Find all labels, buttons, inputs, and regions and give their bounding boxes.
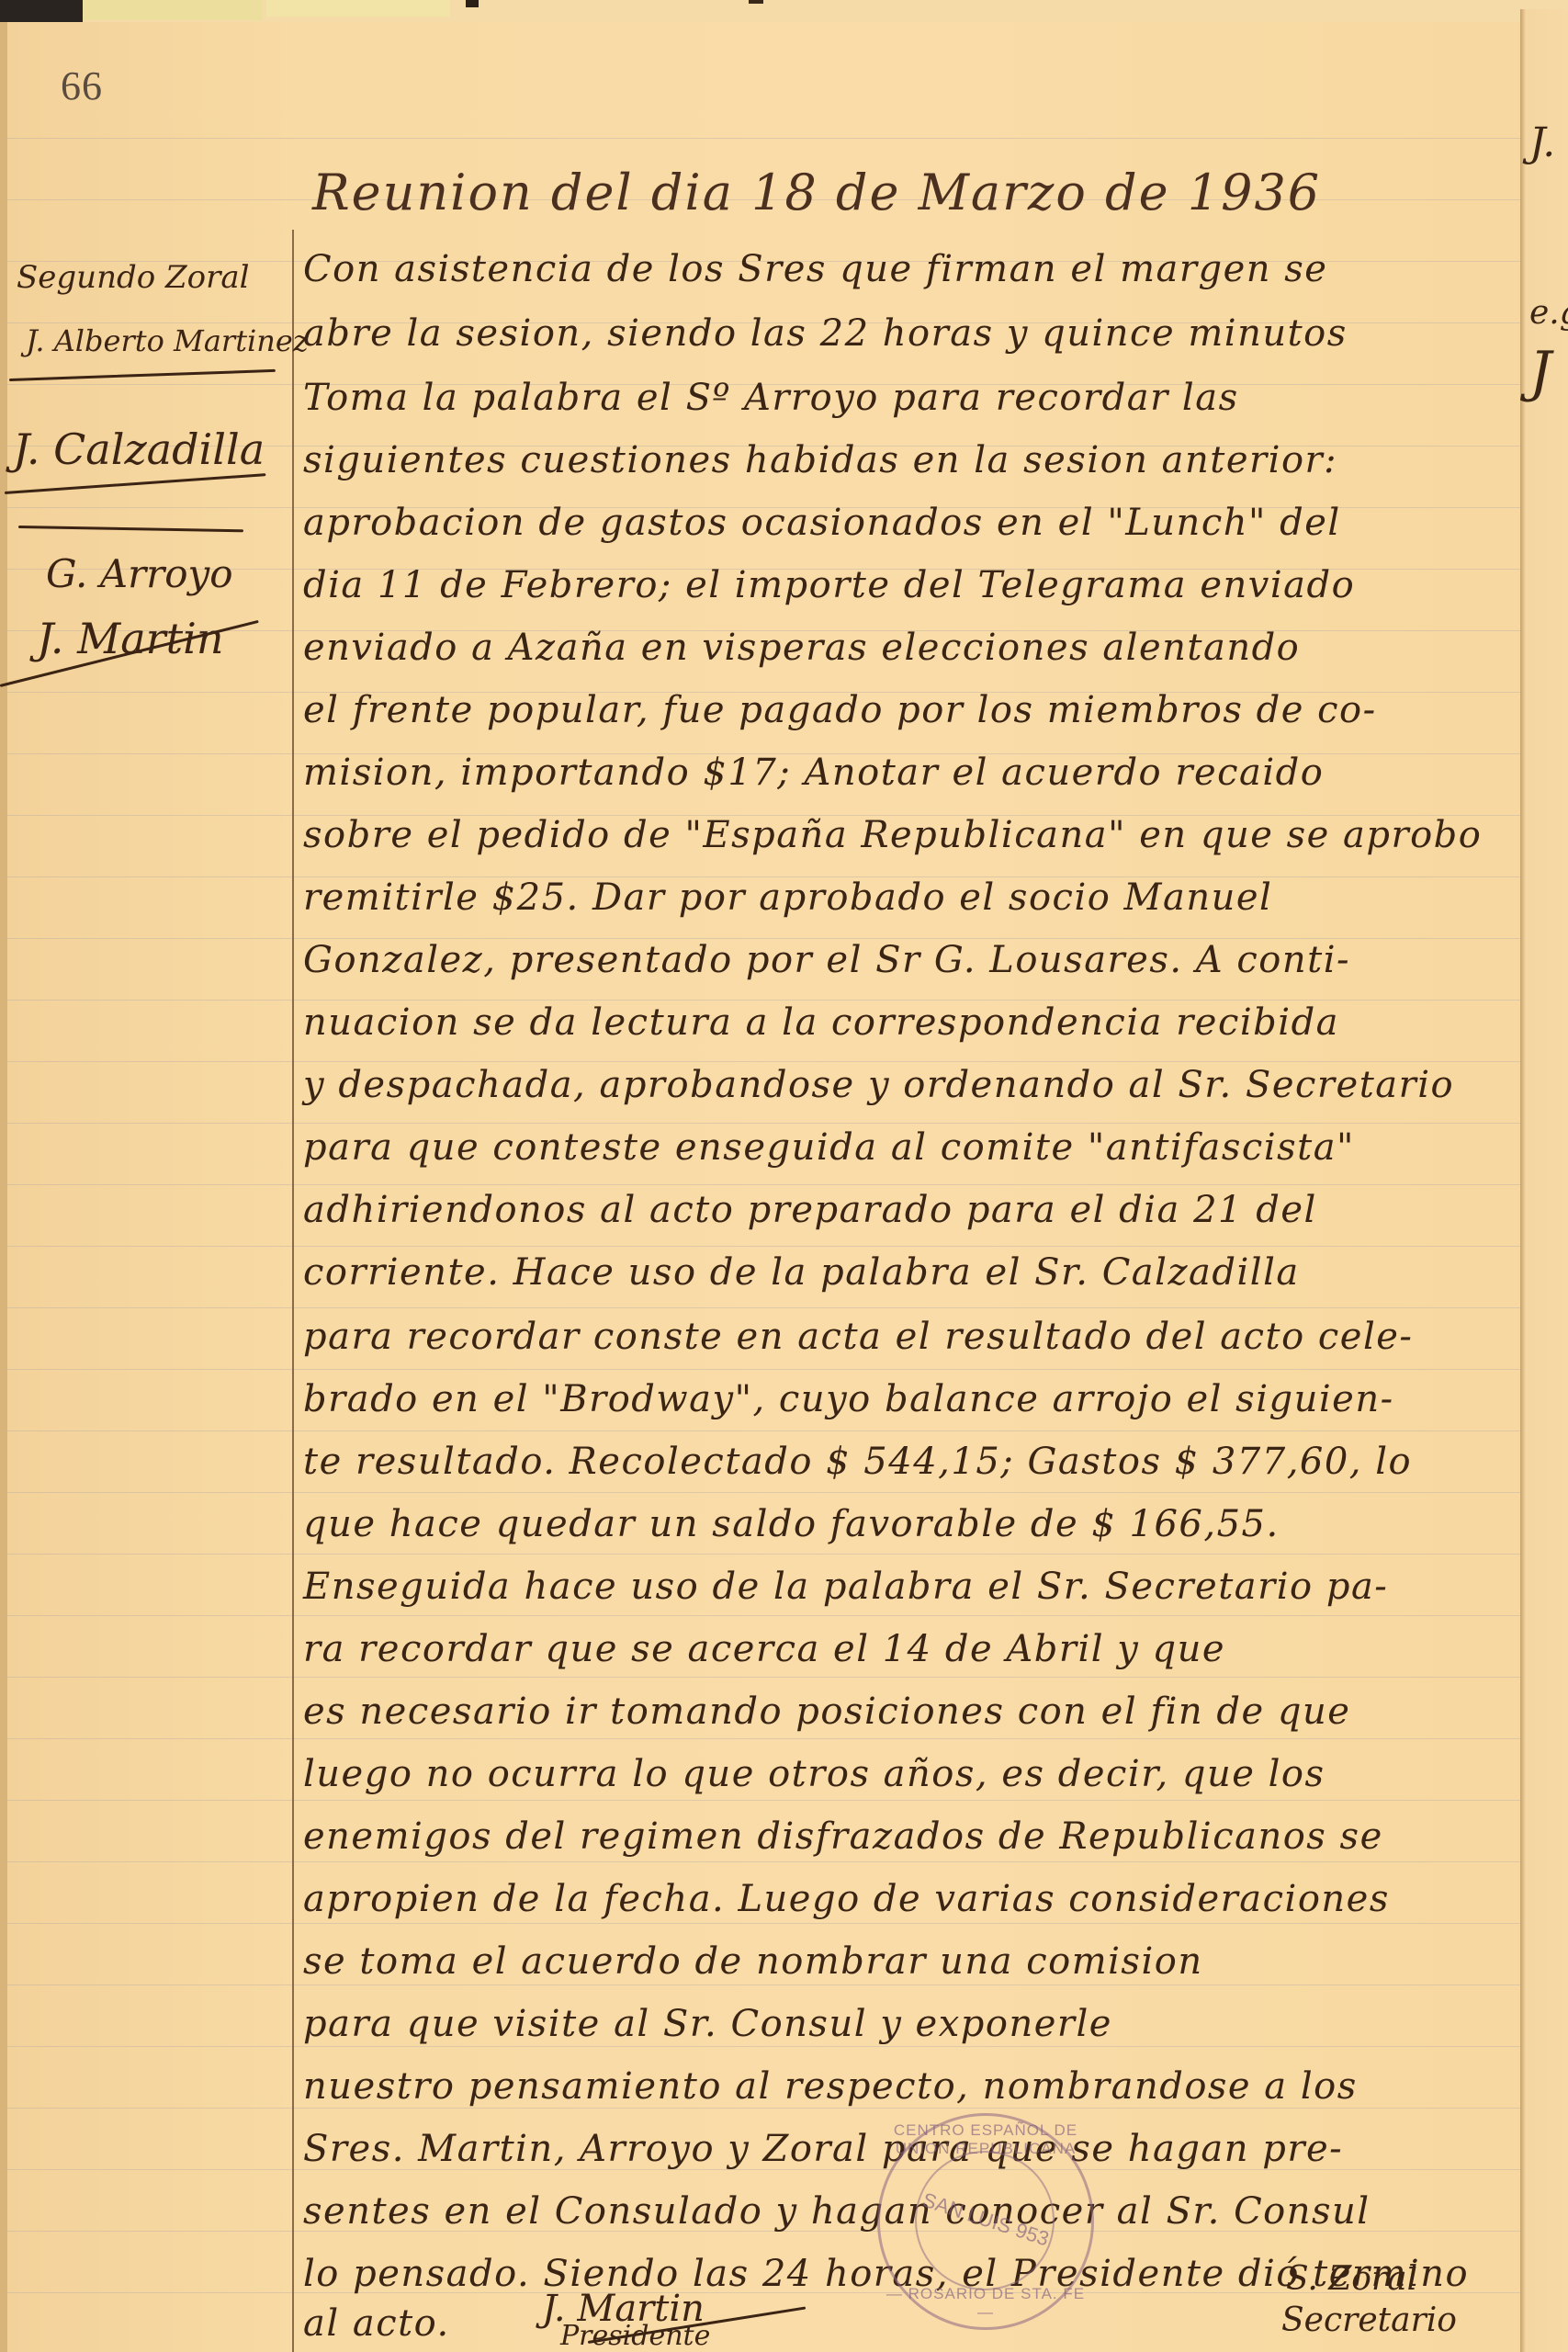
minutes-line: al acto.: [303, 2302, 450, 2345]
minutes-line: para recordar conste en acta el resultad…: [303, 1316, 1413, 1358]
minutes-line: luego no ocurra lo que otros años, es de…: [303, 1753, 1325, 1795]
secretary-title: Secretario: [1281, 2301, 1457, 2339]
minutes-line: Enseguida hace uso de la palabra el Sr. …: [303, 1566, 1388, 1608]
minutes-line: apropien de la fecha. Luego de varias co…: [303, 1878, 1390, 1920]
margin-signature: J. Calzadilla: [13, 424, 265, 474]
margin-rule: [292, 230, 294, 2352]
minutes-line: te resultado. Recolectado $ 544,15; Gast…: [303, 1441, 1412, 1483]
minutes-line: brado en el "Brodway", cuyo balance arro…: [303, 1378, 1394, 1420]
margin-signature: J. Martin: [37, 614, 223, 663]
minutes-line: sobre el pedido de "España Republicana" …: [303, 814, 1482, 856]
minutes-line: dia 11 de Febrero; el importe del Telegr…: [303, 564, 1355, 606]
facing-page-fragment: J: [1529, 340, 1551, 404]
minutes-line: remitirle $25. Dar por aprobado el socio…: [303, 876, 1272, 919]
facing-page-fragment: e.g.: [1529, 294, 1568, 332]
minutes-line: para que visite al Sr. Consul y exponerl…: [303, 2003, 1112, 2045]
minutes-line: es necesario ir tomando posiciones con e…: [303, 1690, 1350, 1733]
minutes-line: ra recordar que se acerca el 14 de Abril…: [303, 1628, 1225, 1670]
tab-paper: [83, 0, 262, 20]
minutes-line: para que conteste enseguida al comite "a…: [303, 1126, 1355, 1169]
minutes-line: Con asistencia de los Sres que firman el…: [303, 248, 1327, 290]
margin-signature: G. Arroyo: [46, 551, 233, 596]
minutes-line: enviado a Azaña en visperas elecciones a…: [303, 627, 1300, 669]
minutes-line: Sres. Martin, Arroyo y Zoral para que se…: [303, 2128, 1343, 2170]
minutes-line: Gonzalez, presentado por el Sr G. Lousar…: [303, 939, 1350, 981]
minutes-heading: Reunion del dia 18 de Marzo de 1936: [312, 164, 1321, 221]
minutes-line: mision, importando $17; Anotar el acuerd…: [303, 752, 1324, 794]
minutes-line: nuestro pensamiento al respecto, nombran…: [303, 2065, 1358, 2108]
minutes-line: se toma el acuerdo de nombrar una comisi…: [303, 1940, 1203, 1983]
facing-page-edge: J. e.g. J: [1520, 9, 1568, 2352]
minutes-line: corriente. Hace uso de la palabra el Sr.…: [303, 1251, 1300, 1294]
minutes-line: y despachada, aprobandose y ordenando al…: [303, 1064, 1454, 1106]
minutes-line: Toma la palabra el Sº Arroyo para record…: [303, 377, 1239, 419]
stamp-ring-text-top: CENTRO ESPAÑOL DE UNION REPUBLICANA: [880, 2121, 1091, 2158]
margin-signature: J. Alberto Martinez: [26, 323, 309, 358]
book-cover-edge: [0, 0, 83, 24]
association-stamp: CENTRO ESPAÑOL DE UNION REPUBLICANA SAN …: [877, 2113, 1094, 2330]
secretary-signature: S. Zoral: [1286, 2260, 1417, 2298]
minutes-line: aprobacion de gastos ocasionados en el "…: [303, 502, 1341, 544]
minutes-line: que hace quedar un saldo favorable de $ …: [303, 1503, 1280, 1545]
page-number: 66: [61, 62, 103, 109]
minutes-line: enemigos del regimen disfrazados de Repu…: [303, 1815, 1383, 1858]
stamp-ring-text-bottom: — ROSARIO DE STA. FE —: [880, 2285, 1091, 2322]
minutes-line: sentes en el Consulado y hagan conocer a…: [303, 2190, 1371, 2233]
minutes-line: nuacion se da lectura a la correspondenc…: [303, 1001, 1339, 1044]
facing-page-fragment: J.: [1529, 119, 1555, 166]
margin-signature: Segundo Zoral: [17, 259, 250, 296]
binding-clip: [466, 0, 479, 7]
minutes-line: siguientes cuestiones habidas en la sesi…: [303, 439, 1337, 481]
minutes-line: abre la sesion, siendo las 22 horas y qu…: [303, 312, 1348, 355]
page-edge: [0, 22, 7, 2352]
tab-paper: [266, 0, 450, 17]
minutes-line: adhiriendonos al acto preparado para el …: [303, 1189, 1317, 1231]
binding-clip: [749, 0, 763, 4]
minutes-line: el frente popular, fue pagado por los mi…: [303, 689, 1377, 731]
